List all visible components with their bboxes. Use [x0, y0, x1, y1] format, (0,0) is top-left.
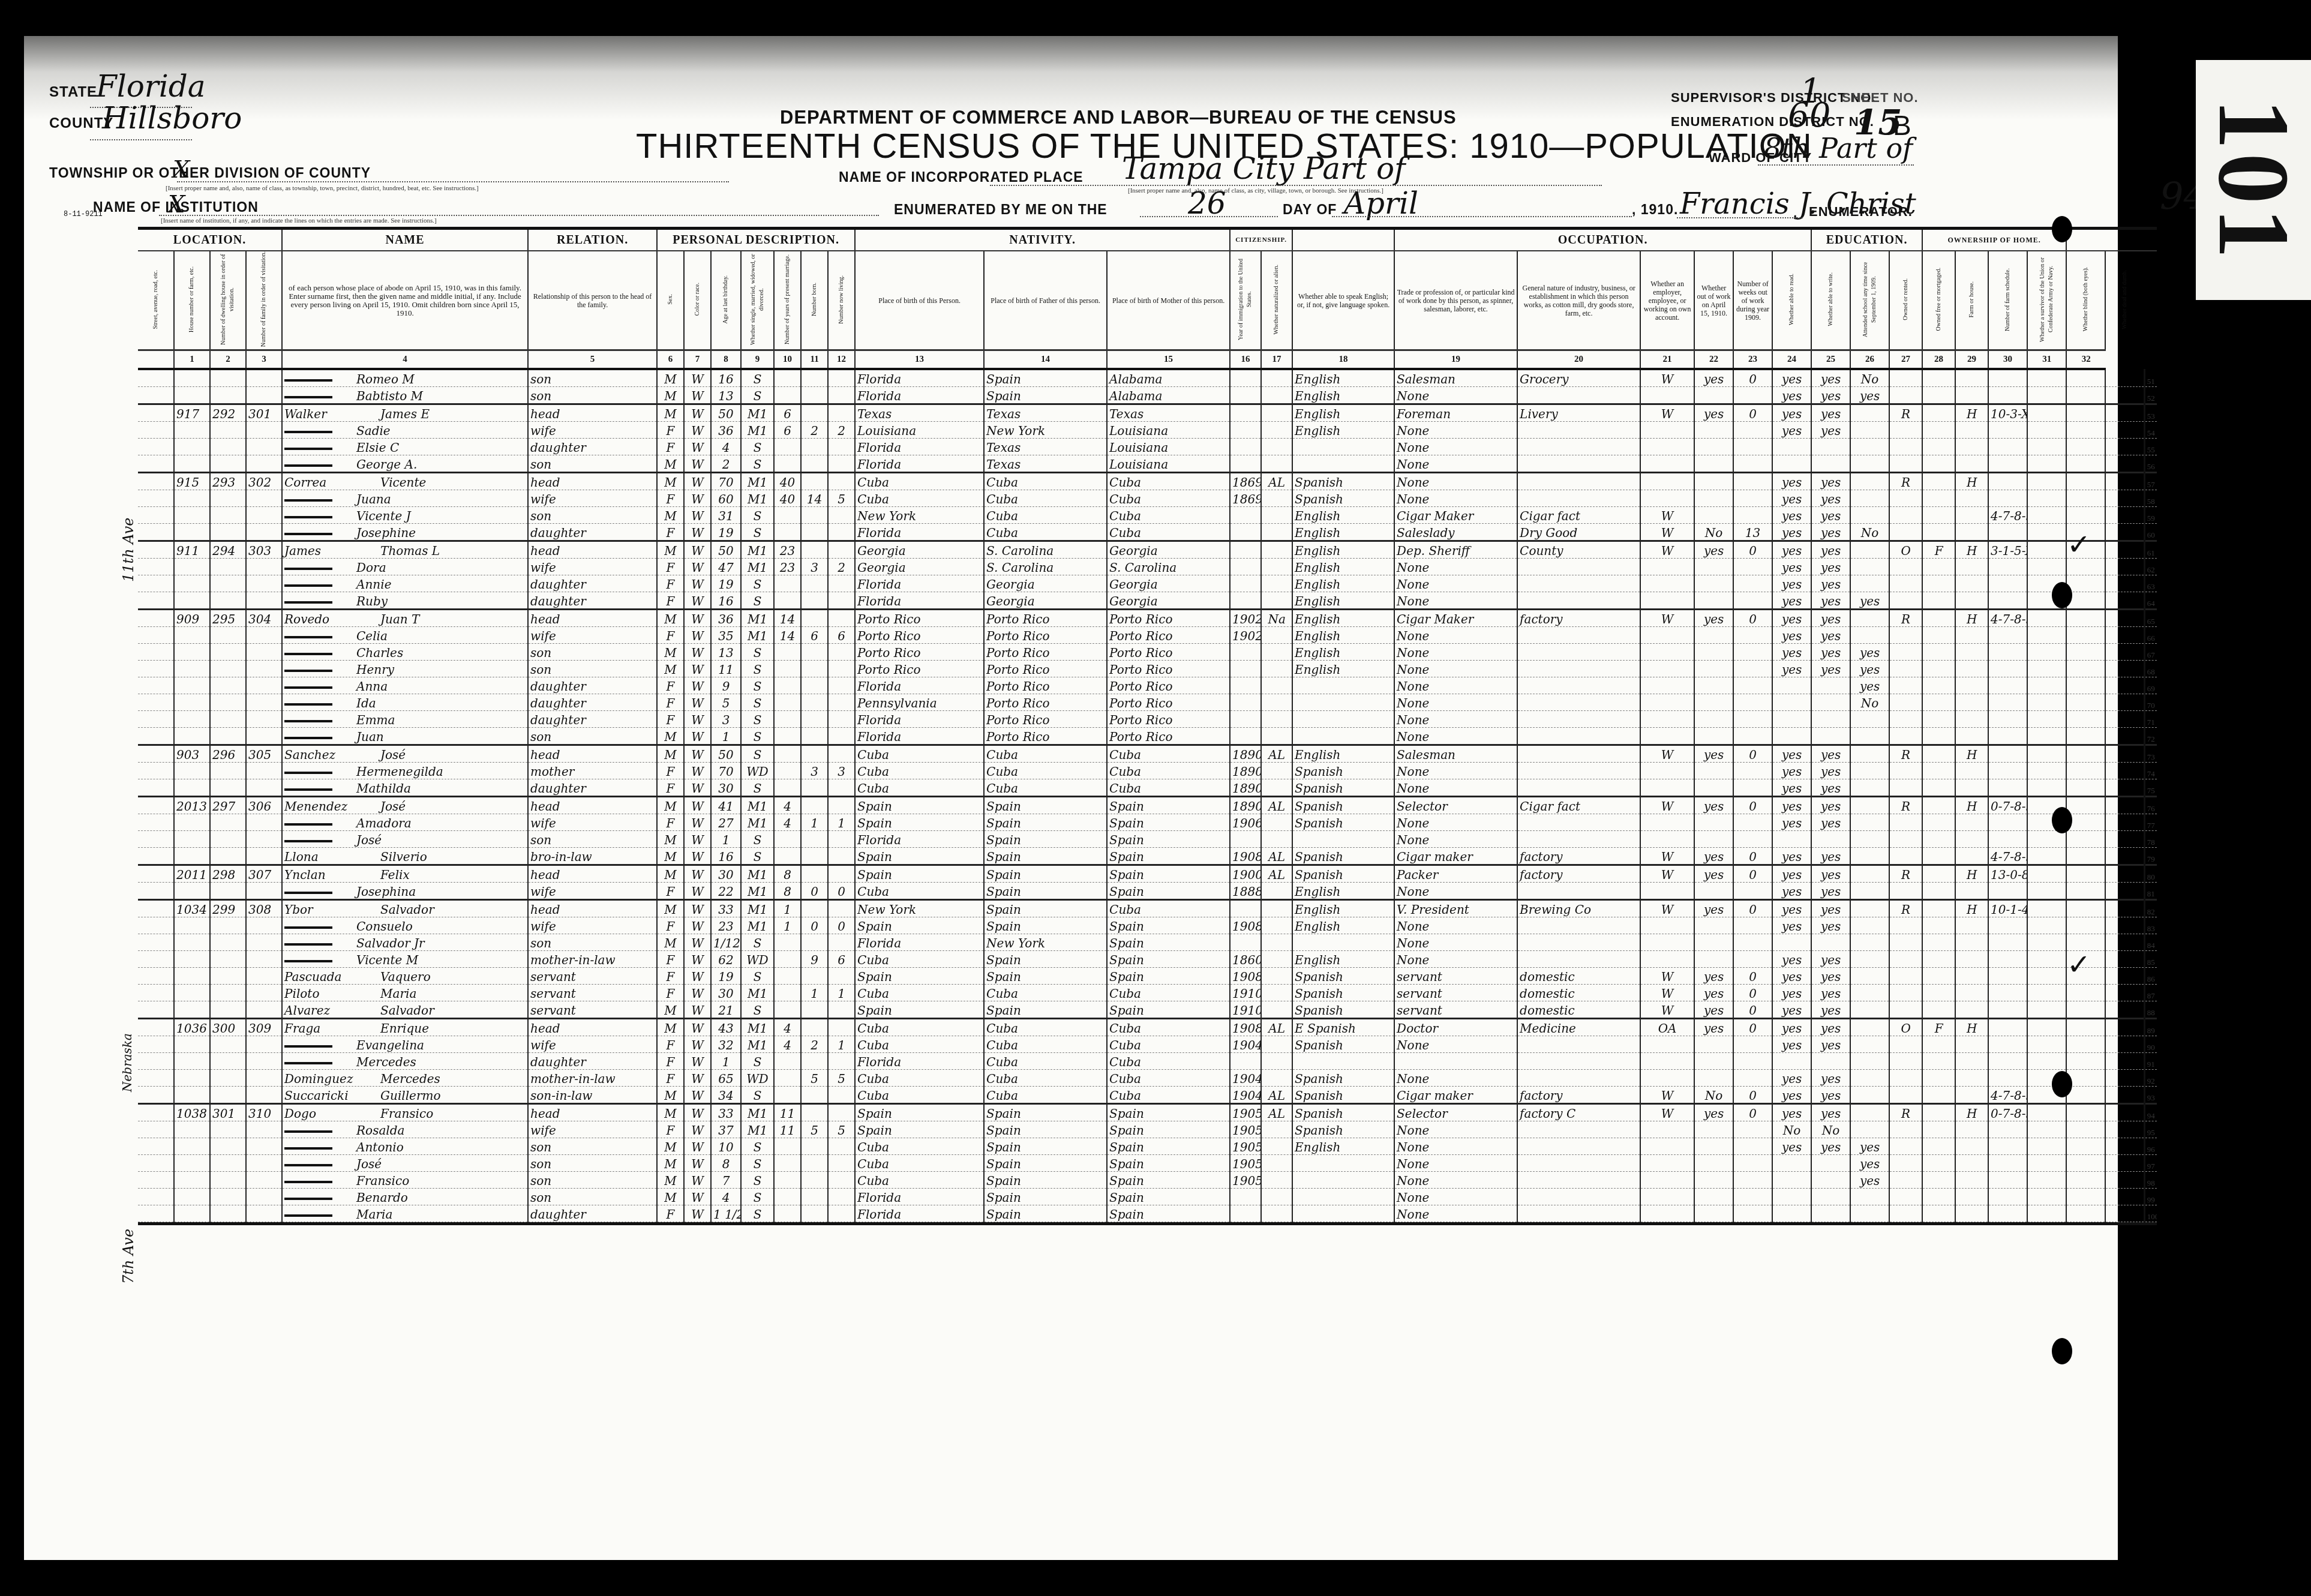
given-name: Ida	[356, 696, 376, 710]
cell-codes: 4-7-8-9	[1988, 848, 2027, 865]
cell-sex: F	[657, 490, 684, 507]
hdr-farm-schedule: Number of farm schedule.	[1988, 251, 2027, 350]
cell-out	[1694, 559, 1733, 575]
cell-free	[1922, 745, 1955, 763]
cell-free	[1922, 985, 1955, 1001]
cell-fh	[1955, 848, 1988, 865]
cell-age: 31	[711, 507, 741, 524]
cell-birth: Cuba	[855, 745, 984, 763]
line-number: 80	[2144, 865, 2157, 883]
cell-read: yes	[1772, 610, 1811, 627]
cell-street	[138, 1019, 174, 1036]
line-number: 74	[2144, 763, 2157, 779]
hdr-owned-rented: Owned or rented.	[1889, 251, 1922, 350]
cell-born: 5	[801, 1121, 828, 1138]
cell-read: yes	[1772, 575, 1811, 592]
cell-nat: AL	[1261, 797, 1292, 814]
table-row: 2013297306MenendezJoséheadMW41M14SpainSp…	[138, 797, 2157, 814]
cell-empty	[2027, 422, 2066, 439]
cell-out	[1694, 814, 1733, 831]
cell-yrs-married	[774, 1053, 801, 1070]
cell-own	[1889, 968, 1922, 985]
cell-street	[138, 1121, 174, 1138]
cell-living	[828, 1001, 855, 1019]
cell-out: No	[1694, 524, 1733, 541]
cell-relation: daughter	[528, 694, 657, 711]
cell-mother-birth: Texas	[1107, 404, 1230, 422]
cell-race: W	[684, 1104, 711, 1121]
cell-house	[174, 1155, 210, 1172]
given-name: Guillermo	[380, 1088, 440, 1103]
county-underline	[90, 139, 192, 140]
cell-out	[1694, 779, 1733, 797]
cell-school	[1850, 745, 1889, 763]
cell-trade: None	[1394, 575, 1517, 592]
institution-underline	[159, 215, 879, 216]
given-name: Thomas L	[380, 544, 440, 558]
cell-yrs-married	[774, 1070, 801, 1087]
cell-street	[138, 865, 174, 883]
cell-born	[801, 934, 828, 951]
cell-relation: daughter	[528, 677, 657, 694]
cell-birth: Spain	[855, 1001, 984, 1019]
cell-sex: M	[657, 1155, 684, 1172]
cell-trade: None	[1394, 439, 1517, 455]
cell-read: yes	[1772, 883, 1811, 900]
cell-born: 14	[801, 490, 828, 507]
cell-lang: English	[1292, 883, 1394, 900]
cell-empty	[2066, 865, 2105, 883]
cell-sex: M	[657, 387, 684, 404]
cell-yrs-married: 40	[774, 490, 801, 507]
cell-own	[1889, 831, 1922, 848]
cell-father-birth: Spain	[984, 1001, 1107, 1019]
cell-industry	[1517, 831, 1640, 848]
township-value: X	[173, 156, 190, 184]
cell-empty	[2105, 694, 2144, 711]
cell-lang: Spanish	[1292, 1121, 1394, 1138]
given-name: Felix	[380, 868, 410, 882]
cell-write: No	[1811, 1121, 1850, 1138]
cell-out: yes	[1694, 745, 1733, 763]
cell-father-birth: Cuba	[984, 1070, 1107, 1087]
cell-nat	[1261, 559, 1292, 575]
cell-school	[1850, 848, 1889, 865]
cell-weeks	[1733, 763, 1772, 779]
cell-empty	[2105, 883, 2144, 900]
cell-relation: head	[528, 610, 657, 627]
cell-lang	[1292, 1155, 1394, 1172]
cell-sex: M	[657, 934, 684, 951]
cell-empty	[2066, 473, 2105, 490]
punch-hole	[2052, 807, 2072, 833]
table-row: MathildadaughterFW30SCubaCubaCuba1890Spa…	[138, 779, 2157, 797]
cell-name: Antonio	[282, 1138, 528, 1155]
group-citizenship: CITIZENSHIP.	[1230, 230, 1292, 251]
cell-empty	[2027, 387, 2066, 404]
cell-birth: Cuba	[855, 473, 984, 490]
cell-yrs-married: 8	[774, 883, 801, 900]
cell-read: yes	[1772, 814, 1811, 831]
enumerator-underline	[1677, 217, 1803, 218]
cell-codes: 10-3-X-2	[1988, 404, 2027, 422]
cell-read	[1772, 728, 1811, 745]
cell-family	[246, 490, 282, 507]
cell-read: yes	[1772, 1070, 1811, 1087]
cell-marital: S	[741, 1172, 774, 1189]
table-row: FransicosonMW7SCubaSpainSpain1905Noneyes…	[138, 1172, 2157, 1189]
cell-immig: 1869	[1230, 473, 1261, 490]
cell-empty	[2105, 524, 2144, 541]
cell-father-birth: Spain	[984, 831, 1107, 848]
cell-family	[246, 422, 282, 439]
cell-immig	[1230, 422, 1261, 439]
cell-empty	[2105, 1155, 2144, 1172]
cell-living	[828, 404, 855, 422]
cell-yrs-married: 4	[774, 797, 801, 814]
cell-industry	[1517, 745, 1640, 763]
cell-street	[138, 968, 174, 985]
cell-race: W	[684, 745, 711, 763]
cell-father-birth: Cuba	[984, 473, 1107, 490]
cell-own	[1889, 779, 1922, 797]
cell-street	[138, 575, 174, 592]
cell-marital: M1	[741, 559, 774, 575]
cell-read: yes	[1772, 985, 1811, 1001]
cell-read: yes	[1772, 559, 1811, 575]
line-number: 93	[2144, 1087, 2157, 1104]
cell-empty	[2066, 1104, 2105, 1121]
cell-codes: 13-0-8-9	[1988, 865, 2027, 883]
cell-race: W	[684, 831, 711, 848]
cell-weeks: 0	[1733, 848, 1772, 865]
cell-trade: None	[1394, 455, 1517, 473]
cell-name: Celia	[282, 627, 528, 644]
cell-immig: 1905	[1230, 1104, 1261, 1121]
cell-industry: Brewing Co	[1517, 900, 1640, 917]
cell-weeks	[1733, 507, 1772, 524]
surname	[284, 499, 332, 502]
column-number: 16	[1230, 350, 1261, 370]
cell-weeks	[1733, 1205, 1772, 1222]
given-name: Juan T	[380, 612, 419, 626]
cell-out: yes	[1694, 1104, 1733, 1121]
cell-dwelling: 301	[210, 1104, 246, 1121]
cell-mother-birth: Spain	[1107, 797, 1230, 814]
cell-weeks	[1733, 951, 1772, 968]
cell-sex: M	[657, 728, 684, 745]
cell-birth: Florida	[855, 524, 984, 541]
cell-immig: 1902	[1230, 627, 1261, 644]
cell-read	[1772, 677, 1811, 694]
cell-emp	[1640, 951, 1694, 968]
cell-dwelling	[210, 848, 246, 865]
cell-race: W	[684, 559, 711, 575]
cell-lang: Spanish	[1292, 490, 1394, 507]
cell-weeks	[1733, 711, 1772, 728]
cell-birth: Florida	[855, 711, 984, 728]
cell-out: yes	[1694, 610, 1733, 627]
surname: Fraga	[284, 1021, 380, 1036]
cell-race: W	[684, 455, 711, 473]
cell-codes: 4-7-8-9	[1988, 1087, 2027, 1104]
cell-house	[174, 694, 210, 711]
cell-trade: V. President	[1394, 900, 1517, 917]
table-row: JuanawifeFW60M140145CubaCubaCuba1869Span…	[138, 490, 2157, 507]
cell-out	[1694, 763, 1733, 779]
cell-read: yes	[1772, 422, 1811, 439]
cell-trade: None	[1394, 951, 1517, 968]
cell-fh	[1955, 985, 1988, 1001]
cell-empty	[2105, 1019, 2144, 1036]
cell-name: Vicente J	[282, 507, 528, 524]
cell-age: 70	[711, 763, 741, 779]
cell-relation: son	[528, 1189, 657, 1205]
cell-codes	[1988, 1053, 2027, 1070]
group-relation: RELATION.	[528, 230, 657, 251]
cell-empty	[2105, 865, 2144, 883]
cell-read	[1772, 1155, 1811, 1172]
given-name: Romeo M	[356, 372, 415, 386]
cell-mother-birth: Spain	[1107, 934, 1230, 951]
cell-marital: S	[741, 592, 774, 610]
cell-write	[1811, 1205, 1850, 1222]
cell-immig: 1890	[1230, 745, 1261, 763]
line-number: 94	[2144, 1104, 2157, 1121]
cell-fh	[1955, 1189, 1988, 1205]
surname: Llona	[284, 850, 380, 864]
cell-yrs-married	[774, 711, 801, 728]
cell-marital: M1	[741, 1121, 774, 1138]
cell-birth: Spain	[855, 917, 984, 934]
cell-empty	[2027, 627, 2066, 644]
cell-out	[1694, 711, 1733, 728]
cell-race: W	[684, 592, 711, 610]
cell-empty	[2027, 900, 2066, 917]
cell-yrs-married: 23	[774, 559, 801, 575]
cell-living	[828, 728, 855, 745]
cell-dwelling	[210, 814, 246, 831]
cell-relation: son	[528, 644, 657, 661]
cell-school	[1850, 1001, 1889, 1019]
cell-industry	[1517, 711, 1640, 728]
cell-empty	[2105, 968, 2144, 985]
cell-dwelling: 293	[210, 473, 246, 490]
cell-house	[174, 728, 210, 745]
cell-free	[1922, 917, 1955, 934]
cell-age: 50	[711, 404, 741, 422]
cell-own	[1889, 917, 1922, 934]
cell-emp: W	[1640, 985, 1694, 1001]
cell-read: yes	[1772, 917, 1811, 934]
cell-empty	[2027, 455, 2066, 473]
cell-dwelling	[210, 711, 246, 728]
cell-name: Hermenegilda	[282, 763, 528, 779]
cell-emp: W	[1640, 369, 1694, 387]
cell-school	[1850, 968, 1889, 985]
given-name: Celia	[356, 629, 388, 643]
cell-nat: AL	[1261, 848, 1292, 865]
cell-relation: daughter	[528, 575, 657, 592]
cell-codes: 0-7-8-9	[1988, 797, 2027, 814]
cell-sex: F	[657, 1205, 684, 1222]
cell-mother-birth: Spain	[1107, 968, 1230, 985]
cell-mother-birth: Cuba	[1107, 1019, 1230, 1036]
cell-living	[828, 661, 855, 677]
cell-relation: head	[528, 404, 657, 422]
cell-empty	[2066, 439, 2105, 455]
cell-age: 62	[711, 951, 741, 968]
cell-race: W	[684, 1053, 711, 1070]
cell-nat	[1261, 968, 1292, 985]
cell-race: W	[684, 524, 711, 541]
hdr-language: Whether able to speak English; or, if no…	[1292, 251, 1394, 350]
given-name: Charles	[356, 646, 403, 660]
hdr-family: Number of family in order of visitation.	[246, 251, 282, 350]
cell-write: yes	[1811, 524, 1850, 541]
cell-yrs-married	[774, 1155, 801, 1172]
cell-dwelling	[210, 1189, 246, 1205]
film-frame-tab: 101	[2196, 60, 2311, 300]
cell-read: yes	[1772, 865, 1811, 883]
cell-empty	[2027, 473, 2066, 490]
cell-house	[174, 575, 210, 592]
cell-codes	[1988, 1001, 2027, 1019]
cell-birth: Porto Rico	[855, 627, 984, 644]
cell-marital: M1	[741, 404, 774, 422]
cell-born: 3	[801, 559, 828, 575]
cell-name: José	[282, 1155, 528, 1172]
cell-empty	[2027, 728, 2066, 745]
cell-weeks	[1733, 455, 1772, 473]
cell-marital: M1	[741, 985, 774, 1001]
cell-write: yes	[1811, 1019, 1850, 1036]
table-row: AmadorawifeFW27M1411SpainSpainSpain1906S…	[138, 814, 2157, 831]
cell-mother-birth: Georgia	[1107, 541, 1230, 559]
cell-name: Romeo M	[282, 369, 528, 387]
cell-empty	[2066, 507, 2105, 524]
cell-yrs-married	[774, 985, 801, 1001]
cell-empty	[2105, 728, 2144, 745]
cell-read	[1772, 455, 1811, 473]
column-number	[138, 350, 174, 370]
cell-school: yes	[1850, 592, 1889, 610]
cell-house	[174, 559, 210, 575]
cell-dwelling	[210, 883, 246, 900]
group-location: LOCATION.	[138, 230, 282, 251]
cell-age: 43	[711, 1019, 741, 1036]
cell-own	[1889, 627, 1922, 644]
cell-free	[1922, 814, 1955, 831]
cell-mother-birth: Georgia	[1107, 592, 1230, 610]
cell-own: O	[1889, 1019, 1922, 1036]
cell-own	[1889, 661, 1922, 677]
cell-mother-birth: Cuba	[1107, 763, 1230, 779]
given-name: Vicente	[380, 475, 426, 490]
cell-empty	[2027, 917, 2066, 934]
cell-empty	[2027, 541, 2066, 559]
cell-father-birth: Georgia	[984, 575, 1107, 592]
cell-read: yes	[1772, 797, 1811, 814]
cell-marital: M1	[741, 865, 774, 883]
cell-birth: Porto Rico	[855, 644, 984, 661]
hdr-marital: Whether single, married, widowed, or div…	[741, 251, 774, 350]
cell-lang	[1292, 1053, 1394, 1070]
column-number: 8	[711, 350, 741, 370]
ward-value: 8th Part of	[1764, 132, 1913, 164]
cell-house	[174, 883, 210, 900]
cell-relation: head	[528, 745, 657, 763]
cell-living	[828, 473, 855, 490]
cell-write: yes	[1811, 387, 1850, 404]
cell-free	[1922, 848, 1955, 865]
cell-out	[1694, 575, 1733, 592]
cell-codes	[1988, 661, 2027, 677]
cell-trade: Selector	[1394, 1104, 1517, 1121]
cell-mother-birth: Cuba	[1107, 745, 1230, 763]
cell-fh	[1955, 422, 1988, 439]
cell-relation: wife	[528, 917, 657, 934]
surname	[284, 601, 332, 604]
cell-street	[138, 1001, 174, 1019]
cell-age: 13	[711, 387, 741, 404]
cell-trade: Cigar maker	[1394, 848, 1517, 865]
cell-living	[828, 507, 855, 524]
cell-race: W	[684, 797, 711, 814]
cell-house	[174, 779, 210, 797]
cell-living	[828, 1019, 855, 1036]
cell-emp	[1640, 661, 1694, 677]
surname	[284, 533, 332, 535]
cell-house	[174, 763, 210, 779]
cell-mother-birth: Spain	[1107, 883, 1230, 900]
cell-living	[828, 1205, 855, 1222]
table-row: AntoniosonMW10SCubaSpainSpain1905English…	[138, 1138, 2157, 1155]
census-sheet: STATE Florida COUNTY Hillsboro TOWNSHIP …	[24, 36, 2118, 1560]
cell-write	[1811, 711, 1850, 728]
cell-industry	[1517, 934, 1640, 951]
cell-family	[246, 763, 282, 779]
cell-industry	[1517, 627, 1640, 644]
cell-emp	[1640, 728, 1694, 745]
cell-age: 9	[711, 677, 741, 694]
cell-yrs-married	[774, 644, 801, 661]
cell-read: yes	[1772, 507, 1811, 524]
cell-race: W	[684, 1121, 711, 1138]
cell-trade: None	[1394, 559, 1517, 575]
cell-read: yes	[1772, 490, 1811, 507]
cell-trade: Saleslady	[1394, 524, 1517, 541]
column-number: 10	[774, 350, 801, 370]
cell-marital: S	[741, 1138, 774, 1155]
cell-living: 2	[828, 559, 855, 575]
cell-dwelling: 292	[210, 404, 246, 422]
line-number: 62	[2144, 559, 2157, 575]
cell-mother-birth: Spain	[1107, 1121, 1230, 1138]
cell-name: SanchezJosé	[282, 745, 528, 763]
cell-nat	[1261, 934, 1292, 951]
cell-write: yes	[1811, 1001, 1850, 1019]
cell-empty	[2105, 1070, 2144, 1087]
cell-empty	[2066, 779, 2105, 797]
cell-out	[1694, 1036, 1733, 1053]
cell-birth: Cuba	[855, 490, 984, 507]
cell-born	[801, 1138, 828, 1155]
cell-relation: wife	[528, 627, 657, 644]
cell-dwelling	[210, 627, 246, 644]
cell-born	[801, 369, 828, 387]
cell-write: yes	[1811, 507, 1850, 524]
